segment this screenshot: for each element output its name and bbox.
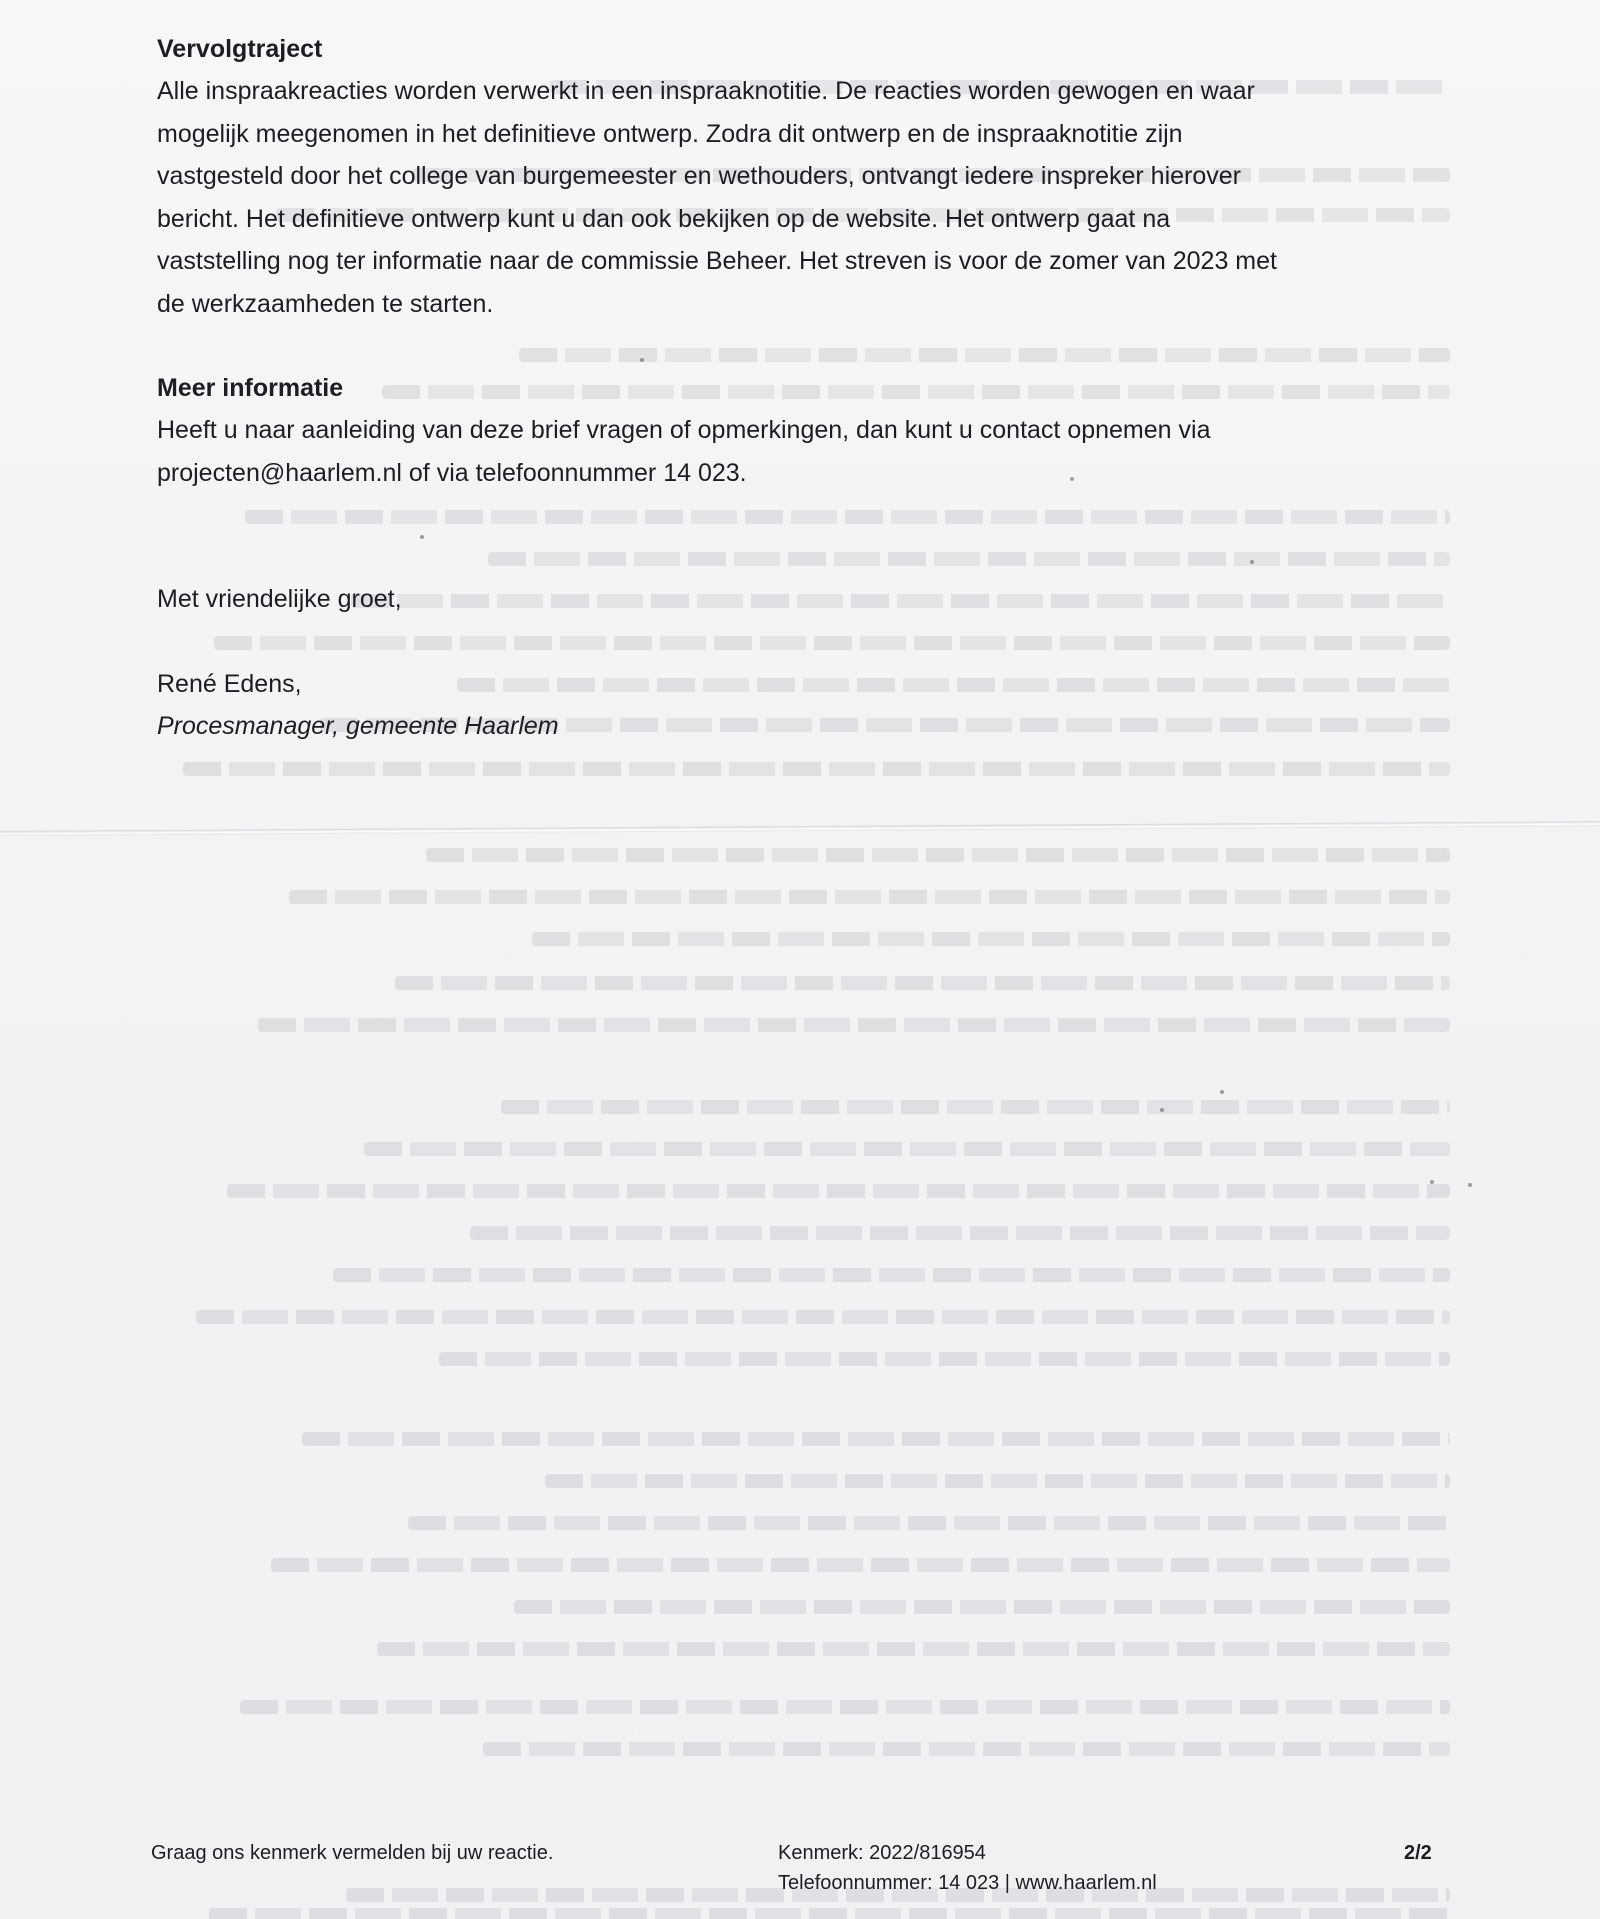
body-line: mogelijk meegenomen in het definitieve o… bbox=[157, 113, 1447, 156]
reference-note: Graag ons kenmerk vermelden bij uw react… bbox=[151, 1838, 553, 1868]
signature-name: René Edens, bbox=[157, 663, 1447, 706]
section-heading: Vervolgtraject bbox=[157, 28, 1457, 70]
page-number: 2/2 bbox=[1404, 1838, 1432, 1868]
body-line: Alle inspraakreacties worden verwerkt in… bbox=[157, 70, 1447, 113]
bleed-through-line bbox=[501, 1100, 1450, 1114]
body-line: vaststelling nog ter informatie naar de … bbox=[157, 240, 1447, 283]
bleed-through-line bbox=[240, 1700, 1450, 1714]
bleed-through-line bbox=[408, 1516, 1450, 1530]
paper-speck bbox=[1430, 1180, 1434, 1184]
bleed-through-line bbox=[514, 1600, 1450, 1614]
signature-title: Procesmanager, gemeente Haarlem bbox=[157, 705, 1447, 748]
bleed-through-line bbox=[302, 1432, 1450, 1446]
bleed-through-line bbox=[483, 1742, 1450, 1756]
bleed-through-line bbox=[439, 1352, 1450, 1366]
bleed-through-line bbox=[183, 762, 1450, 776]
bleed-through-line bbox=[532, 932, 1450, 946]
bleed-through-line bbox=[364, 1142, 1450, 1156]
bleed-through-line bbox=[395, 976, 1450, 990]
body-line: Heeft u naar aanleiding van deze brief v… bbox=[157, 409, 1447, 452]
paper-speck bbox=[1468, 1183, 1472, 1187]
kenmerk: Kenmerk: 2022/816954 bbox=[778, 1838, 1157, 1868]
bleed-through-line bbox=[426, 848, 1450, 862]
bleed-through-line bbox=[258, 1018, 1450, 1032]
body-line: vastgesteld door het college van burgeme… bbox=[157, 155, 1447, 198]
section-vervolgtraject: Vervolgtraject Alle inspraakreacties wor… bbox=[157, 28, 1457, 325]
bleed-through-line bbox=[271, 1558, 1450, 1572]
bleed-through-line bbox=[227, 1184, 1450, 1198]
footer-contact-block: Kenmerk: 2022/816954 Telefoonnummer: 14 … bbox=[778, 1838, 1157, 1898]
bleed-through-line bbox=[289, 890, 1450, 904]
closing-greeting: Met vriendelijke groet, bbox=[157, 578, 1447, 621]
body-line: bericht. Het definitieve ontwerp kunt u … bbox=[157, 198, 1447, 241]
bleed-through-line bbox=[196, 1310, 1450, 1324]
bleed-through-line bbox=[545, 1474, 1450, 1488]
body-line: projecten@haarlem.nl of via telefoonnumm… bbox=[157, 452, 1447, 495]
letter-body: Vervolgtraject Alle inspraakreacties wor… bbox=[157, 28, 1457, 748]
section-heading: Meer informatie bbox=[157, 367, 1457, 409]
section-meer-informatie: Meer informatie Heeft u naar aanleiding … bbox=[157, 367, 1457, 494]
bleed-through-line bbox=[377, 1642, 1450, 1656]
contact-line: Telefoonnummer: 14 023 | www.haarlem.nl bbox=[778, 1868, 1157, 1898]
body-line: de werkzaamheden te starten. bbox=[157, 283, 1447, 326]
paper-speck bbox=[1220, 1090, 1224, 1094]
bleed-through-line bbox=[333, 1268, 1450, 1282]
bleed-through-line bbox=[209, 1908, 1450, 1919]
paper-speck bbox=[1160, 1108, 1164, 1112]
bleed-through-line bbox=[470, 1226, 1450, 1240]
